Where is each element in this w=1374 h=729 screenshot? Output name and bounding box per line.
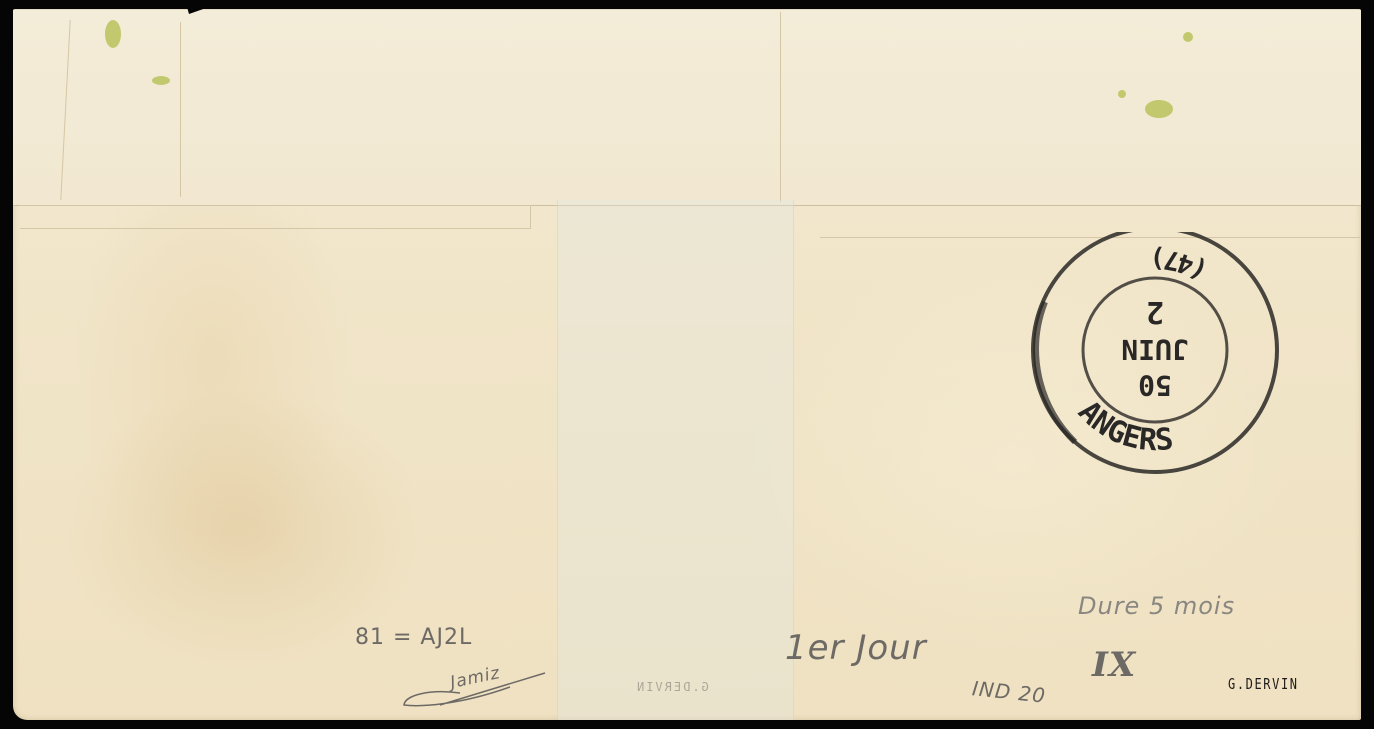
angers-postmark: 50 JUIN 2 ANGERS (47) [1015,232,1287,476]
fold-line [20,205,531,229]
fold-line [180,22,181,197]
signature-flourish [400,665,550,710]
hinge-tape [557,200,794,720]
residue-spot [105,20,121,48]
roman-numeral-note: IX [1092,645,1136,685]
faint-expert-stamp: G.DERVIN [635,680,709,694]
svg-text:JUIN: JUIN [1121,333,1188,366]
expert-stamp: G.DERVIN [1228,675,1299,693]
duration-note: Dure 5 mois [1078,592,1235,620]
svg-text:50: 50 [1138,369,1172,402]
residue-spot [1118,90,1126,98]
svg-text:2: 2 [1146,294,1164,329]
residue-spot [152,76,170,85]
first-day-note: 1er Jour [785,628,927,668]
reference-note: 81 = AJ2L [355,625,472,650]
residue-spot [1145,100,1173,118]
fold-line [780,12,781,202]
residue-spot [1183,32,1193,42]
